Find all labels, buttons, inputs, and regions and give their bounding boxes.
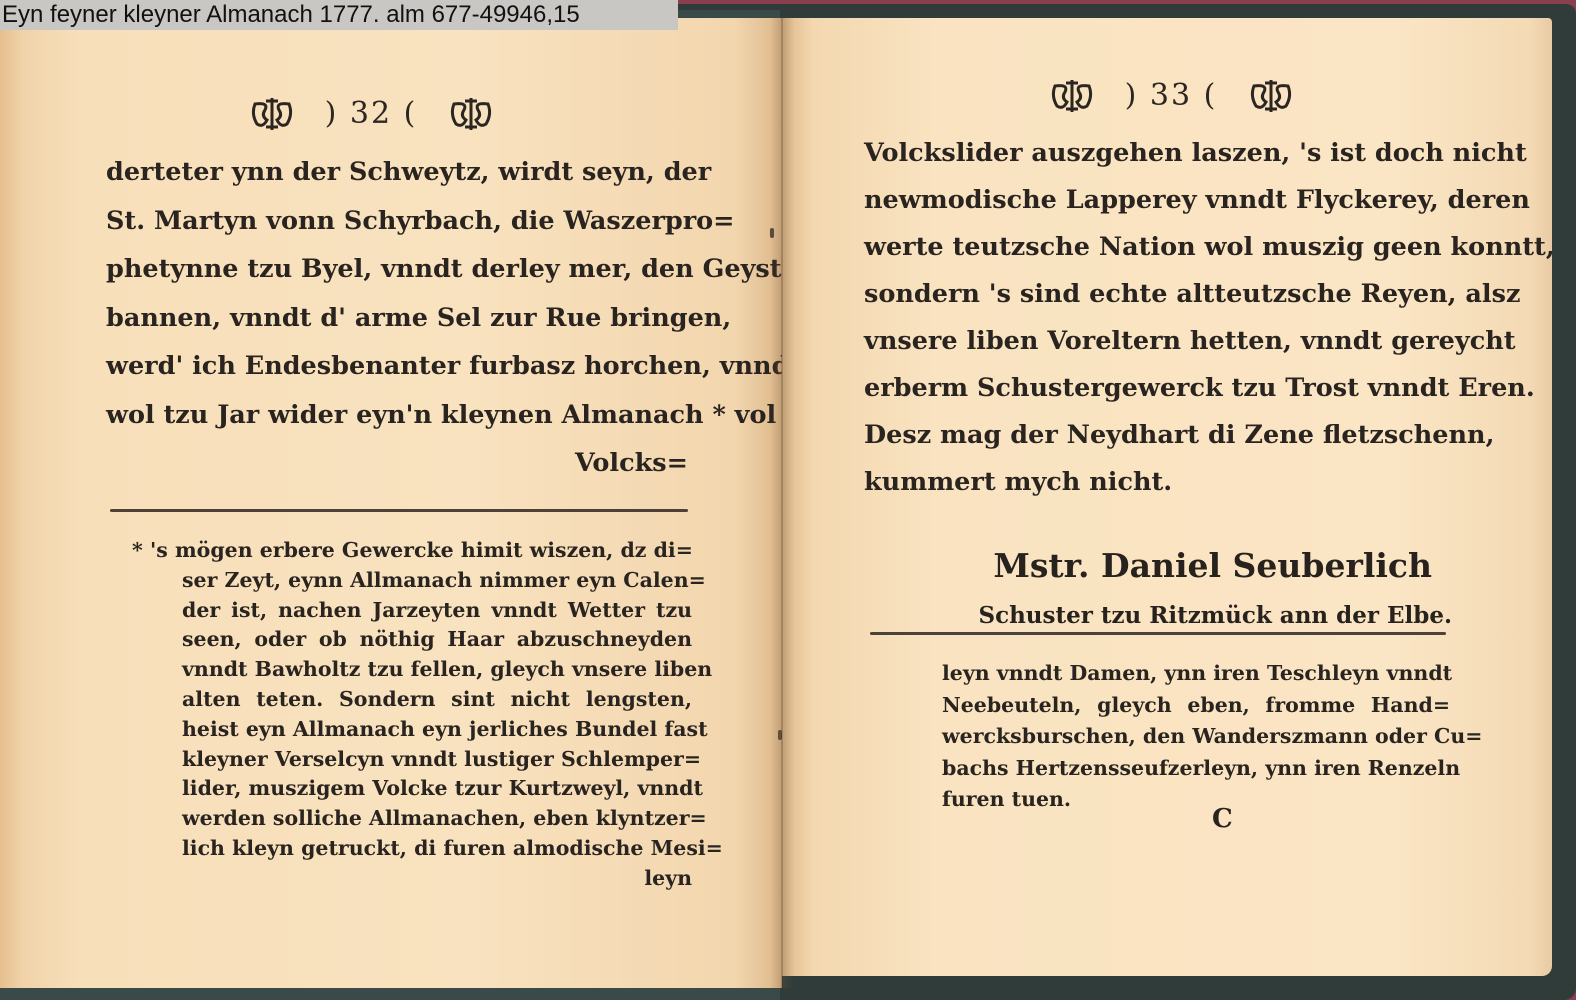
author-title: Schuster tzu Ritzmück ann der Elbe. bbox=[978, 602, 1452, 629]
catchword: Volcks= bbox=[106, 439, 688, 488]
fleuron-ornament-icon bbox=[448, 96, 494, 132]
left-page-header: ) 32 ( bbox=[0, 92, 782, 132]
book-gutter bbox=[770, 18, 794, 988]
text-line: Volckslider auszgehen laszen, 's ist doc… bbox=[864, 130, 1446, 177]
footnote-line: lich kleyn getruckt, di furen almodische… bbox=[150, 834, 692, 864]
footnote-line: werden solliche Allmanachen, eben klyntz… bbox=[150, 804, 692, 834]
footnote-line: leyn vnndt Damen, ynn iren Teschleyn vnn… bbox=[942, 658, 1450, 690]
footnote-line: seen, oder ob nöthig Haar abzuschneyden bbox=[150, 625, 692, 655]
text-line: werd' ich Endesbenanter furbasz horchen,… bbox=[106, 342, 688, 391]
right-page: ) 33 ( Volckslider auszgehen laszen, 's … bbox=[782, 18, 1552, 976]
page-number: ) 32 ( bbox=[325, 96, 418, 131]
footnote-line: vnndt Bawholtz tzu fellen, gleych vnsere… bbox=[150, 655, 692, 685]
fleuron-ornament-icon bbox=[249, 96, 295, 132]
footnote-line: furen tuen. bbox=[942, 784, 1450, 816]
author-signature: Mstr. Daniel Seuberlich bbox=[993, 546, 1432, 585]
text-line: vnsere liben Voreltern hetten, vnndt ger… bbox=[864, 318, 1446, 365]
left-page-footnote: * 's mögen erbere Gewercke himit wiszen,… bbox=[150, 536, 692, 894]
fleuron-ornament-icon bbox=[1049, 78, 1095, 114]
footnote-line: kleyner Verselcyn vnndt lustiger Schlemp… bbox=[150, 745, 692, 775]
text-line: wol tzu Jar wider eyn'n kleynen Almanach… bbox=[106, 391, 688, 440]
text-line: newmodische Lapperey vnndt Flyckerey, de… bbox=[864, 177, 1446, 224]
footnote-line: wercksburschen, den Wanderszmann oder Cu… bbox=[942, 721, 1450, 753]
footnote-marker: * bbox=[132, 536, 143, 566]
footnote-catchword: leyn bbox=[150, 864, 692, 894]
footnote-line: Neebeuteln, gleych eben, fromme Hand= bbox=[942, 690, 1450, 722]
footnote-line: heist eyn Allmanach eyn jerliches Bundel… bbox=[150, 715, 692, 745]
right-page-body: Volckslider auszgehen laszen, 's ist doc… bbox=[864, 130, 1446, 506]
footnote-line: bachs Hertzensseufzerleyn, ynn iren Renz… bbox=[942, 753, 1450, 785]
footnote-divider bbox=[870, 632, 1446, 635]
left-page-body: derteter ynn der Schweytz, wirdt seyn, d… bbox=[106, 148, 688, 488]
signature-mark: C bbox=[1212, 804, 1233, 834]
caption-title: Eyn feyner kleyner Almanach 1777. alm 67… bbox=[2, 1, 580, 28]
footnote-line: ser Zeyt, eynn Allmanach nimmer eyn Cale… bbox=[150, 566, 692, 596]
text-line: phetynne tzu Byel, vnndt derley mer, den… bbox=[106, 245, 688, 294]
footnote-line: 's mögen erbere Gewercke himit wiszen, d… bbox=[150, 536, 692, 566]
left-page: ) 32 ( derteter ynn der Schweytz, wirdt … bbox=[0, 18, 782, 988]
right-page-header: ) 33 ( bbox=[782, 74, 1552, 114]
page-number: ) 33 ( bbox=[1125, 78, 1218, 113]
text-line: kummert mych nicht. bbox=[864, 459, 1446, 506]
text-line: St. Martyn vonn Schyrbach, die Waszerpro… bbox=[106, 197, 688, 246]
text-line: erberm Schustergewerck tzu Trost vnndt E… bbox=[864, 365, 1446, 412]
footnote-line: der ist, nachen Jarzeyten vnndt Wetter t… bbox=[150, 596, 692, 626]
footnote-line: lider, muszigem Volcke tzur Kurtzweyl, v… bbox=[150, 774, 692, 804]
text-line: werte teutzsche Nation wol muszig geen k… bbox=[864, 224, 1446, 271]
fleuron-ornament-icon bbox=[1248, 78, 1294, 114]
footnote-line: alten teten. Sondern sint nicht lengsten… bbox=[150, 685, 692, 715]
footnote-divider bbox=[110, 509, 688, 512]
text-line: Desz mag der Neydhart di Zene fletzschen… bbox=[864, 412, 1446, 459]
image-caption-bar: Eyn feyner kleyner Almanach 1777. alm 67… bbox=[0, 0, 678, 30]
text-line: sondern 's sind echte altteutzsche Reyen… bbox=[864, 271, 1446, 318]
text-line: bannen, vnndt d' arme Sel zur Rue bringe… bbox=[106, 294, 688, 343]
right-page-footnote: leyn vnndt Damen, ynn iren Teschleyn vnn… bbox=[942, 658, 1450, 816]
text-line: derteter ynn der Schweytz, wirdt seyn, d… bbox=[106, 148, 688, 197]
